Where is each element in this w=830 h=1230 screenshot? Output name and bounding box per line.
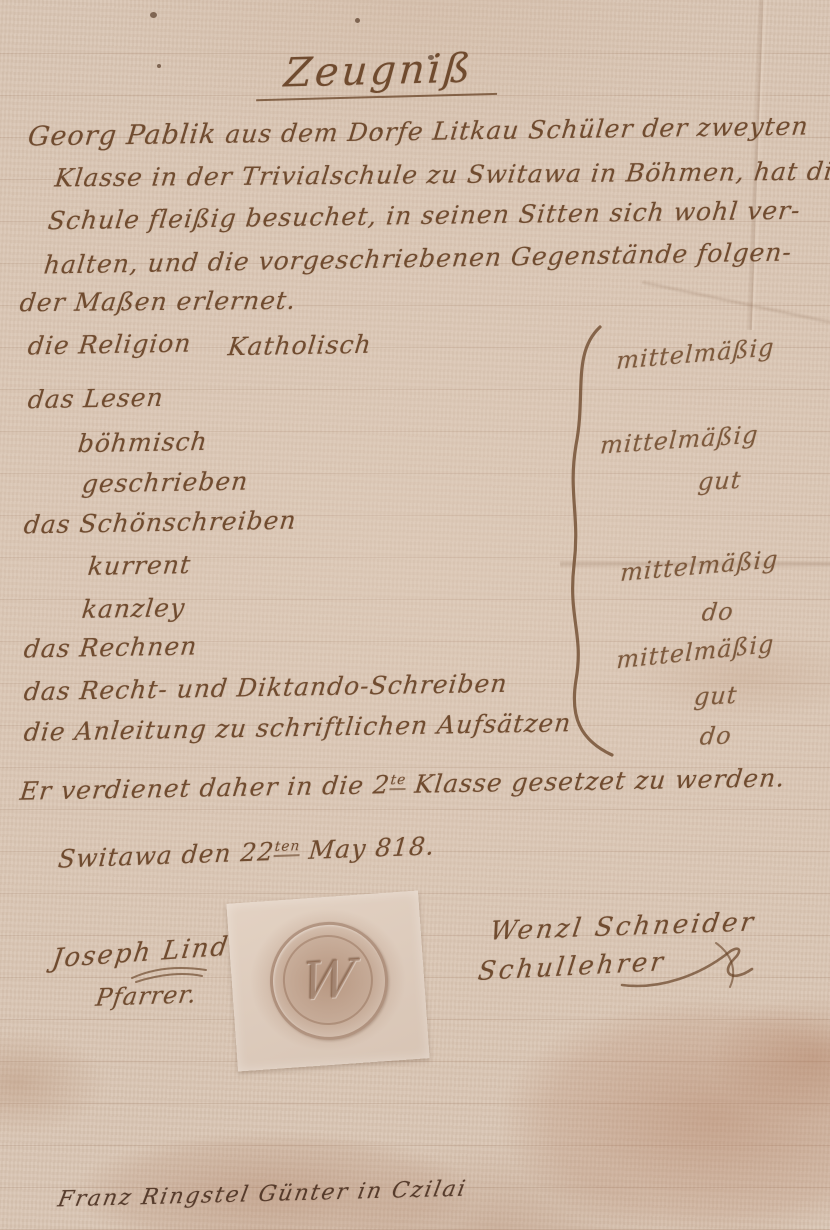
- wax-seal-inner-ring: W: [280, 932, 376, 1028]
- document-scan: Zeugniß Georg Pablik aus dem Dorfe Litka…: [0, 0, 830, 1230]
- dateline: Switawa den 22ten May 818.: [57, 831, 436, 873]
- closing-post: Klasse gesetzet zu werden.: [413, 763, 787, 799]
- subject-schoenschreiben: das Schönschreiben: [22, 506, 298, 540]
- body-line-4: halten, und die vorgeschriebenen Gegenst…: [43, 237, 794, 279]
- wax-seal-paper-patch: W: [226, 891, 429, 1072]
- date-day: 22: [239, 837, 275, 867]
- body-line-2: Klasse in der Trivialschule zu Switawa i…: [53, 157, 830, 193]
- wax-seal-monogram: W: [282, 948, 374, 1015]
- grade-diktando: gut: [693, 681, 739, 711]
- ink-dot: [157, 64, 161, 68]
- priest-signature-role: Pfarrer.: [94, 980, 199, 1012]
- body-line-1-rest: aus dem Dorfe Litkau Schüler der zweyten: [224, 112, 810, 149]
- grade-religion: mittelmäßig: [616, 333, 776, 375]
- date-month-year: May 818.: [308, 831, 437, 865]
- subject-kanzley: kanzley: [80, 593, 186, 624]
- grouping-brace: [550, 325, 630, 760]
- student-name: Georg Pablik: [26, 119, 218, 153]
- subject-aufsaetze: die Anleitung zu schriftlichen Aufsätzen: [23, 708, 573, 747]
- subject-religion-detail: Katholisch: [226, 330, 373, 362]
- grade-kurrent: mittelmäßig: [620, 545, 780, 587]
- body-line-1: Georg Pablik aus dem Dorfe Litkau Schüle…: [26, 111, 810, 153]
- footer-annotation: Franz Ringstel Günter in Czilai: [56, 1177, 469, 1213]
- date-place: Switawa den: [57, 838, 233, 873]
- date-ordinal: ten: [274, 838, 301, 857]
- paper-crease-diagonal: [642, 279, 830, 326]
- subject-rechnen: das Rechnen: [22, 631, 198, 663]
- subject-religion: die Religion: [26, 329, 193, 361]
- subject-lesen: das Lesen: [26, 383, 165, 414]
- body-line-5: der Maßen erlernet.: [18, 286, 297, 317]
- grade-aufsaetze: do: [699, 721, 734, 750]
- subject-diktando: das Recht- und Diktando-Schreiben: [23, 669, 510, 706]
- closing-number: 2: [372, 770, 392, 799]
- subject-boehmisch: böhmisch: [76, 427, 209, 458]
- ink-dot: [150, 12, 157, 18]
- grade-kanzley: do: [701, 597, 736, 626]
- closing-line: Er verdienet daher in die 2te Klasse ges…: [19, 763, 787, 805]
- body-line-3: Schule fleißig besuchet, in seinen Sitte…: [46, 196, 802, 236]
- document-title: Zeugniß: [256, 45, 501, 101]
- closing-pre: Er verdienet daher in die: [19, 771, 366, 806]
- grade-geschrieben: gut: [697, 466, 743, 496]
- ink-dot: [355, 18, 360, 23]
- subject-kurrent: kurrent: [86, 550, 192, 581]
- closing-ordinal: te: [390, 772, 408, 790]
- grade-rechnen: mittelmäßig: [616, 630, 775, 675]
- signature-flourish: [620, 935, 760, 995]
- subject-geschrieben: geschrieben: [80, 467, 249, 499]
